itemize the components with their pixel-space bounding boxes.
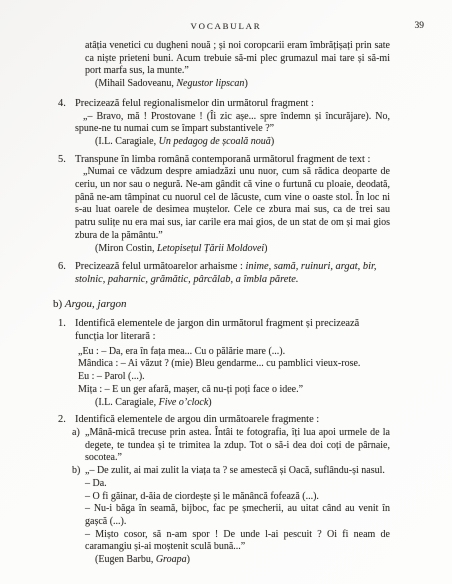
- exercise-5-text: Transpune în limba română contemporană u…: [75, 154, 370, 165]
- argou-exercise-2-text: Identifică elementele de argou din următ…: [75, 414, 319, 425]
- dialogue-line: Eu : – Parol (...).: [78, 371, 422, 384]
- jargon-dialogue: „Eu : – Da, era în fața mea... Cu o pălă…: [78, 346, 422, 397]
- attribution-close: ): [244, 78, 247, 89]
- sadoveanu-attribution: (Mihail Sadoveanu, Negustor lipscan): [95, 78, 452, 91]
- jargon-exercise-1-text: Identifică elementele de jargon din urmă…: [75, 318, 359, 342]
- page-number: 39: [415, 20, 425, 33]
- attribution-author: (Mihail Sadoveanu,: [95, 78, 176, 89]
- fragment-b-line: – Nu-i băga în seamă, bijboc, fac pe șme…: [85, 503, 390, 528]
- exercise-6-heading: 6.Precizează felul următoarelor arhaisme…: [75, 261, 390, 286]
- section-b-marker: b): [53, 298, 65, 310]
- section-b-heading: b) Argou, jargon: [53, 298, 452, 311]
- attribution-work-title: Letopisețul Țării Moldovei: [157, 243, 264, 254]
- book-page: VOCABULAR 39 atâția venetici cu dugheni …: [0, 0, 452, 584]
- argou-exercise-2-number: 2.: [58, 414, 75, 427]
- argou-attribution: (Eugen Barbu, Groapa): [95, 554, 452, 567]
- attribution-author: (Miron Costin,: [95, 243, 157, 254]
- attribution-close: ): [187, 554, 190, 565]
- attribution-close: ): [271, 136, 274, 147]
- fragment-b-marker: b): [72, 465, 85, 478]
- exercise-5-heading: 5.Transpune în limba română contemporană…: [75, 154, 390, 167]
- dialogue-line: Mița : – E un ger afară, mașer, că nu-ți…: [78, 384, 422, 397]
- page-header: VOCABULAR 39: [0, 20, 452, 33]
- jargon-exercise-1-heading: 1.Identifică elementele de jargon din ur…: [75, 318, 390, 343]
- fragment-b-line: – Da.: [85, 478, 390, 491]
- fragment-b-line: – O fi găinar, d-ăia de ciordește și le …: [85, 491, 390, 504]
- attribution-author: (I.L. Caragiale,: [95, 397, 159, 408]
- attribution-close: ): [264, 243, 267, 254]
- fragment-b-line: – Mișto cosor, să n-am spor ! De unde l-…: [85, 529, 390, 554]
- attribution-close: ): [208, 397, 211, 408]
- fragment-b-intro-text: „– De zulit, ai mai zulit la viața ta ? …: [85, 465, 385, 476]
- exercise-5-quote: „Numai ce vădzum despre amiadzăzi unu nu…: [75, 166, 390, 242]
- dialogue-line: Mândica : – Ai văzut ? (mie) Bleu gendar…: [78, 358, 422, 371]
- fragment-b-intro: b) „– De zulit, ai mai zulit la viața ta…: [85, 465, 390, 478]
- attribution-work-title: Un pedagog de școală nouă: [159, 136, 271, 147]
- exercise-4-number: 4.: [58, 98, 75, 111]
- exercise-4-text: Precizează felul regionalismelor din urm…: [75, 98, 314, 109]
- exercise-4-quote: „– Bravo, mă ! Prostovane ! (Îi zic așe.…: [75, 111, 390, 136]
- attribution-author: (Eugen Barbu,: [95, 554, 156, 565]
- sadoveanu-fragment-text: atâția venetici cu dugheni nouă ; și noi…: [85, 40, 390, 78]
- attribution-author: (I.L. Caragiale,: [95, 136, 159, 147]
- exercise-4-heading: 4.Precizează felul regionalismelor din u…: [75, 98, 390, 111]
- argou-exercise-2-heading: 2.Identifică elementele de argou din urm…: [75, 414, 390, 427]
- exercise-6-text: Precizează felul următoarelor arhaisme :: [75, 261, 246, 272]
- exercise-6-number: 6.: [58, 261, 75, 274]
- attribution-work-title: Five o’clock: [159, 397, 209, 408]
- dialogue-line: „Eu : – Da, era în fața mea... Cu o pălă…: [78, 346, 422, 359]
- jargon-exercise-1-number: 1.: [58, 318, 75, 331]
- running-title: VOCABULAR: [0, 20, 452, 33]
- exercise-5-number: 5.: [58, 154, 75, 167]
- exercise-4-attribution: (I.L. Caragiale, Un pedagog de școală no…: [95, 136, 452, 149]
- jargon-attribution: (I.L. Caragiale, Five o’clock): [95, 397, 452, 410]
- section-b-title: Argou, jargon: [65, 298, 127, 310]
- fragment-a: a) „Mână-mică trecuse prin astea. Întâi …: [85, 427, 390, 465]
- exercise-5-attribution: (Miron Costin, Letopisețul Țării Moldove…: [95, 243, 452, 256]
- attribution-work-title: Groapa: [156, 554, 187, 565]
- fragment-a-marker: a): [72, 427, 85, 440]
- fragment-a-text: „Mână-mică trecuse prin astea. Întâi te …: [85, 427, 390, 463]
- attribution-work-title: Negustor lipscan: [176, 78, 244, 89]
